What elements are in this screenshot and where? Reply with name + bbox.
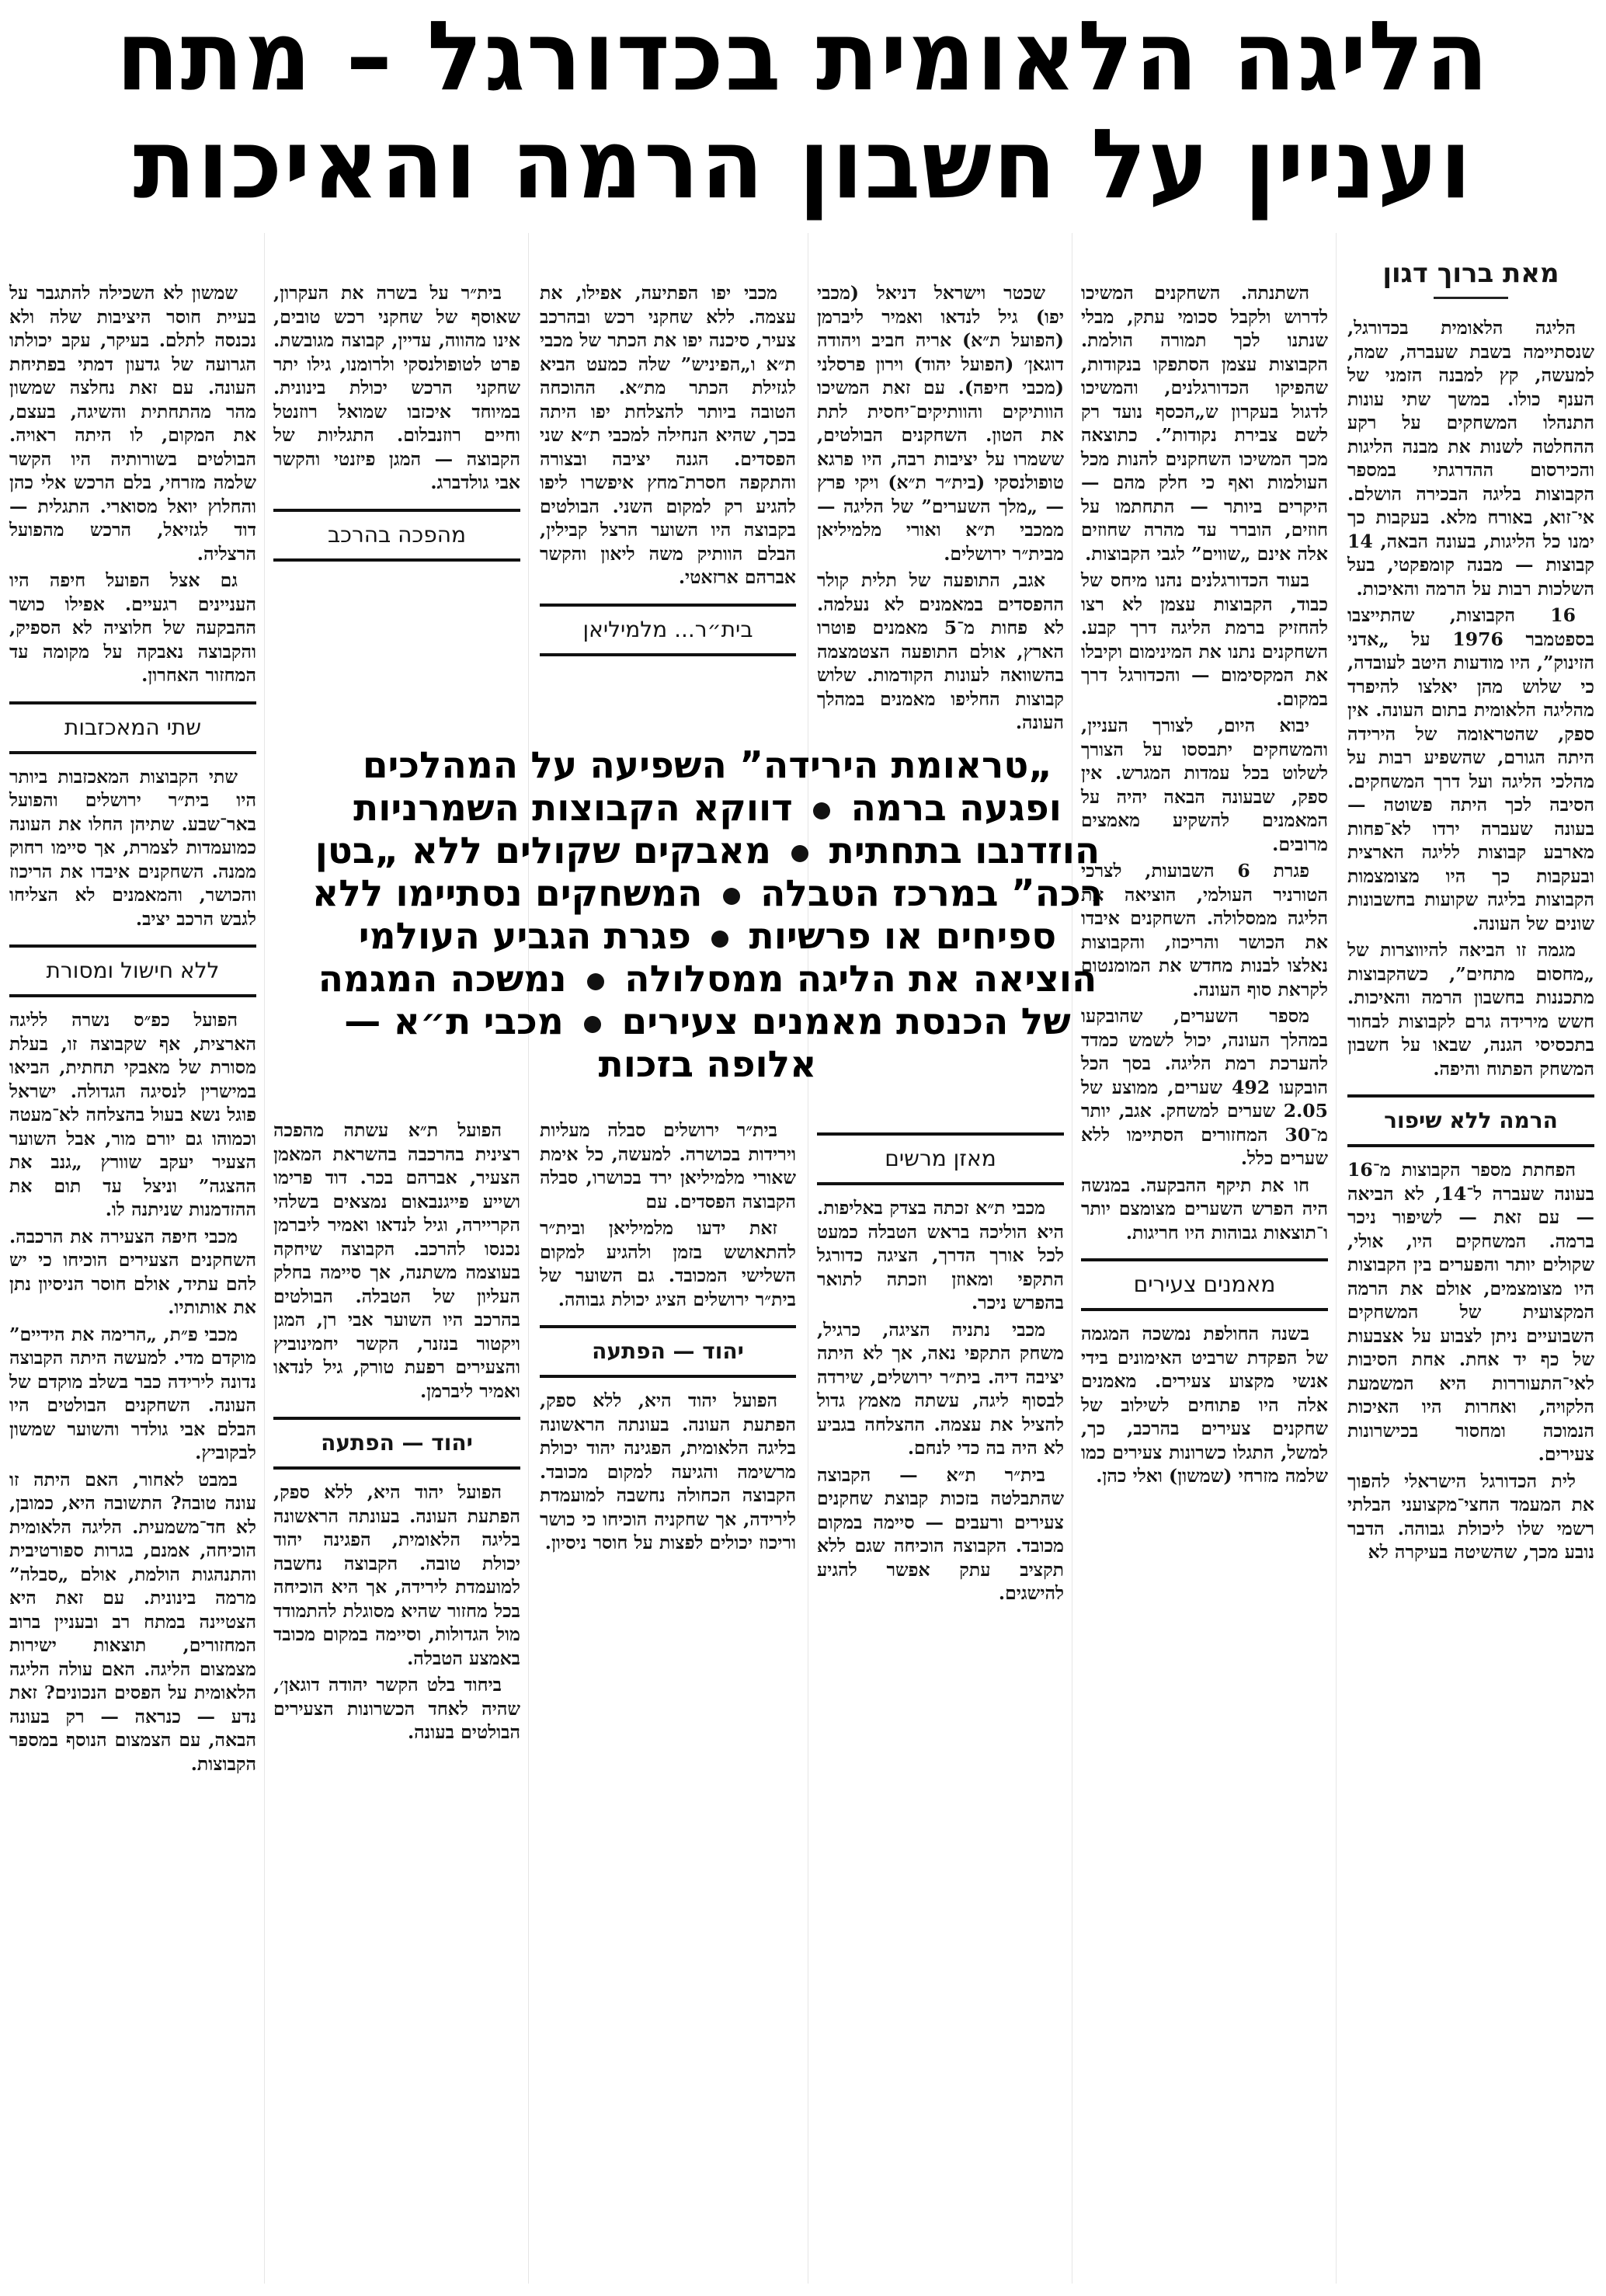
paragraph: גם אצל הפועל חיפה היו העניינים רגעיים. א…: [9, 569, 256, 687]
subhead-title: יהוד — הפתעה: [273, 1425, 520, 1462]
article-column-5-bottom: הפועל ת״א עשתה מהפכה רצינית בהרכבה בהשרא…: [273, 1118, 520, 1745]
rule-divider: [540, 653, 796, 656]
section-subhead: מהפכה בהרכב: [273, 509, 520, 562]
column-divider: [528, 233, 529, 2284]
paragraph: הפועל יהוד היא, ללא ספק, הפתעת העונה. בע…: [273, 1480, 520, 1670]
subhead-title: בית״ר... מלמיליאן: [540, 611, 796, 649]
subhead-title: מהפכה בהרכב: [273, 517, 520, 554]
paragraph: במבט לאחור, האם היתה זו עונה טובה? התשוב…: [9, 1468, 256, 1776]
paragraph: בית״ר על בשרה את העקרון, שאוסף של שחקני …: [273, 281, 520, 495]
column-divider: [808, 233, 808, 2284]
article-column-1: מאת ברוך דגון הליגה הלאומית בכדורגל, שנס…: [1347, 233, 1594, 1564]
paragraph: אגב, התופעה של תלית קולר ההפסדים במאמנים…: [817, 569, 1064, 735]
paragraph: פגרת 6 השבועות, לצרכי הטורניר העולמי, הו…: [1081, 859, 1328, 1001]
section-subhead: בית״ר... מלמיליאן: [540, 604, 796, 656]
article-column-3-top: שכטר וישראל דניאל (מכבי יפו) גיל לנדאו ו…: [817, 281, 1064, 743]
paragraph: יבוא היום, לצורך העניין, והמשחקים יתבססו…: [1081, 714, 1328, 856]
paragraph: מגמה זו הביאה להיווצרות של „מחסום מתחים”…: [1347, 938, 1594, 1080]
rule-divider: [273, 1417, 520, 1420]
article-column-5-top: בית״ר על בשרה את העקרון, שאוסף של שחקני …: [273, 281, 520, 743]
paragraph: זאת ידעו מלמיליאן ובית״ר להתאושש בזמן ול…: [540, 1216, 796, 1311]
deck-summary: „טראומת הירידה” השפיעה על המהלכים ופגעה …: [312, 744, 1103, 1111]
headline-line-2: ועניין על חשבון הרמה והאיכות: [0, 110, 1606, 217]
rule-divider: [540, 1375, 796, 1378]
rule-divider: [1081, 1258, 1328, 1261]
article-column-3-bottom: מאזן מרשיםמכבי ת״א זכתה בצדק באליפות. הי…: [817, 1118, 1064, 1605]
bullet-icon: [723, 888, 740, 905]
bullet-icon: [813, 802, 830, 819]
rule-divider: [1347, 1094, 1594, 1098]
paragraph: מכבי חיפה הצעירה את הרכבה. השחקנים הצעיר…: [9, 1225, 256, 1320]
section-subhead: הרמה ללא שיפור: [1347, 1094, 1594, 1147]
subhead-title: מאזן מרשים: [817, 1140, 1064, 1178]
column-divider: [1336, 233, 1337, 2284]
subhead-title: שתי המאכזבות: [9, 709, 256, 746]
article-column-6: שמשון לא השכילה להתגבר על בעיית חוסר היצ…: [9, 281, 256, 1776]
paragraph: לית הכדורגל הישראלי להפוך את המעמד החצי־…: [1347, 1470, 1594, 1564]
rule-divider: [273, 509, 520, 512]
paragraph: ביחוד בלט הקשר יהודה דוגאן׳, שהיה לאחד ה…: [273, 1673, 520, 1745]
section-subhead: שתי המאכזבות: [9, 701, 256, 754]
column-divider: [264, 233, 265, 2284]
rule-divider: [9, 944, 256, 948]
paragraph: השתנתה. השחקנים המשיכו לדרוש ולקבל סכומי…: [1081, 281, 1328, 565]
rule-divider: [540, 1325, 796, 1328]
bullet-icon: [711, 931, 728, 948]
paragraph: 16 הקבוצות, שהתייצבו בספטמבר 1976 על „אד…: [1347, 604, 1594, 935]
paragraph: שמשון לא השכילה להתגבר על בעיית חוסר היצ…: [9, 281, 256, 565]
paragraph: הפועל יהוד היא, ללא ספק, הפתעת העונה. בע…: [540, 1389, 796, 1555]
paragraph: הליגה הלאומית בכדורגל, שנסתיימה בשבת שעב…: [1347, 316, 1594, 600]
subhead-title: מאמנים צעירים: [1081, 1266, 1328, 1303]
rule-divider: [817, 1182, 1064, 1185]
bullet-icon: [587, 973, 604, 990]
paragraph: בית״ר ת״א — הקבוצה שהתבלטה בזכות קבוצת ש…: [817, 1463, 1064, 1605]
paragraph: שתי הקבוצות המאכזבות ביותר היו בית״ר ירו…: [9, 765, 256, 931]
paragraph: בית״ר ירושלים סבלה מעליות וירידות בכושרה…: [540, 1118, 796, 1213]
paragraph: מכבי נתניה הציגה, כרגיל, משחק התקפי נאה,…: [817, 1318, 1064, 1460]
paragraph: חו את תיקף ההבקעה. במנשה היה הפרש השערים…: [1081, 1174, 1328, 1245]
byline: מאת ברוך דגון: [1347, 256, 1594, 290]
column-divider: [1072, 233, 1072, 2284]
rule-divider: [9, 701, 256, 704]
rule-divider: [540, 604, 796, 607]
rule-divider: [273, 1466, 520, 1470]
section-subhead: ללא חישול ומסורת: [9, 944, 256, 997]
subhead-title: יהוד — הפתעה: [540, 1333, 796, 1370]
article-column-4-top: מכבי יפו הפתיעה, אפילו, את עצמה. ללא שחק…: [540, 281, 796, 743]
paragraph: מכבי פ״ת, „הרימה את הידיים” מוקדם מדי. ל…: [9, 1323, 256, 1465]
headline: הליגה הלאומית בכדורגל – מתח ועניין על חש…: [0, 2, 1606, 235]
article-column-4-bottom: בית״ר ירושלים סבלה מעליות וירידות בכושרה…: [540, 1118, 796, 1555]
paragraph: הפועל ת״א עשתה מהפכה רצינית בהרכבה בהשרא…: [273, 1118, 520, 1403]
section-subhead: מאמנים צעירים: [1081, 1258, 1328, 1311]
rule-divider: [273, 558, 520, 562]
rule-divider: [1081, 1308, 1328, 1311]
section-subhead: יהוד — הפתעה: [273, 1417, 520, 1470]
headline-line-1: הליגה הלאומית בכדורגל – מתח: [0, 2, 1606, 110]
paragraph: מספר השערים, שהובקעו במהלך העונה, יכול ל…: [1081, 1004, 1328, 1171]
subhead-title: ללא חישול ומסורת: [9, 952, 256, 990]
section-subhead: יהוד — הפתעה: [540, 1325, 796, 1378]
paragraph: הפועל כפ״ס נשרה לליגה הארצית, אף שקבוצה …: [9, 1008, 256, 1222]
bullet-icon: [584, 1016, 601, 1033]
rule-divider: [9, 994, 256, 997]
byline-rule: [1434, 297, 1508, 299]
paragraph: שכטר וישראל דניאל (מכבי יפו) גיל לנדאו ו…: [817, 281, 1064, 565]
section-subhead: מאזן מרשים: [817, 1132, 1064, 1185]
rule-divider: [9, 751, 256, 754]
paragraph: מכבי יפו הפתיעה, אפילו, את עצמה. ללא שחק…: [540, 281, 796, 590]
bullet-icon: [791, 845, 808, 862]
subhead-title: הרמה ללא שיפור: [1347, 1102, 1594, 1139]
paragraph: מכבי ת״א זכתה בצדק באליפות. היא הוליכה ב…: [817, 1196, 1064, 1315]
article-column-2: השתנתה. השחקנים המשיכו לדרוש ולקבל סכומי…: [1081, 281, 1328, 1488]
rule-divider: [1347, 1144, 1594, 1147]
paragraph: בשנה החולפת נמשכה המגמה של הפקדת שרביט ה…: [1081, 1322, 1328, 1488]
paragraph: בעוד הכדורגלנים נהנו מיחס של כבוד, הקבוצ…: [1081, 569, 1328, 711]
paragraph: הפחתת מספר הקבוצות מ־16 בעונה שעברה ל־14…: [1347, 1158, 1594, 1466]
rule-divider: [817, 1132, 1064, 1136]
